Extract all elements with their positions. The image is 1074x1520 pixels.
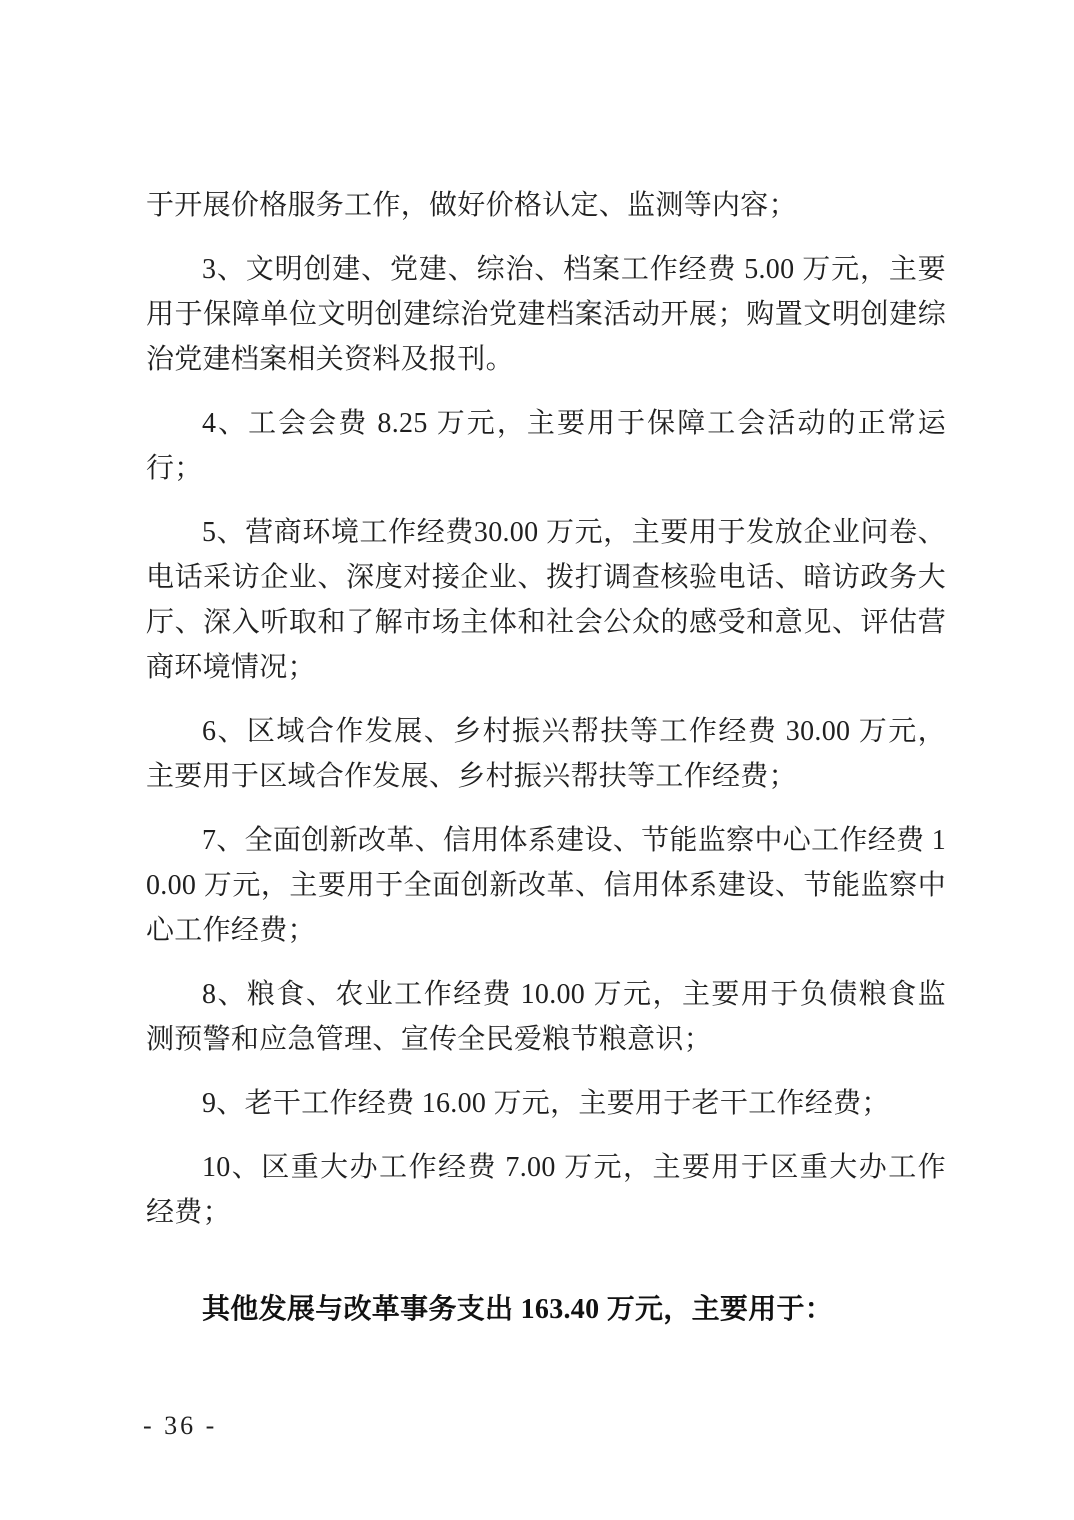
paragraph-item-9: 9、老干工作经费 16.00 万元，主要用于老干工作经费；	[146, 1081, 946, 1126]
page-number: - 36 -	[143, 1406, 217, 1446]
paragraph-item-3: 3、文明创建、党建、综治、档案工作经费 5.00 万元，主要用于保障单位文明创建…	[146, 247, 946, 382]
paragraph-item-10: 10、区重大办工作经费 7.00 万元，主要用于区重大办工作经费；	[146, 1145, 946, 1235]
paragraph-item-7: 7、全面创新改革、信用体系建设、节能监察中心工作经费 10.00 万元，主要用于…	[146, 818, 946, 953]
paragraph-item-8: 8、粮食、农业工作经费 10.00 万元，主要用于负债粮食监测预警和应急管理、宣…	[146, 972, 946, 1062]
document-body: 于开展价格服务工作，做好价格认定、监测等内容； 3、文明创建、党建、综治、档案工…	[146, 183, 946, 1351]
paragraph-continuation: 于开展价格服务工作，做好价格认定、监测等内容；	[146, 183, 946, 228]
document-page: 于开展价格服务工作，做好价格认定、监测等内容； 3、文明创建、党建、综治、档案工…	[0, 0, 1074, 1520]
section-heading-other-expenditure: 其他发展与改革事务支出 163.40 万元，主要用于：	[146, 1287, 946, 1332]
paragraph-item-5: 5、营商环境工作经费30.00 万元，主要用于发放企业问卷、电话采访企业、深度对…	[146, 510, 946, 690]
paragraph-item-6: 6、区域合作发展、乡村振兴帮扶等工作经费 30.00 万元，主要用于区域合作发展…	[146, 709, 946, 799]
paragraph-item-4: 4、工会会费 8.25 万元，主要用于保障工会活动的正常运行；	[146, 401, 946, 491]
